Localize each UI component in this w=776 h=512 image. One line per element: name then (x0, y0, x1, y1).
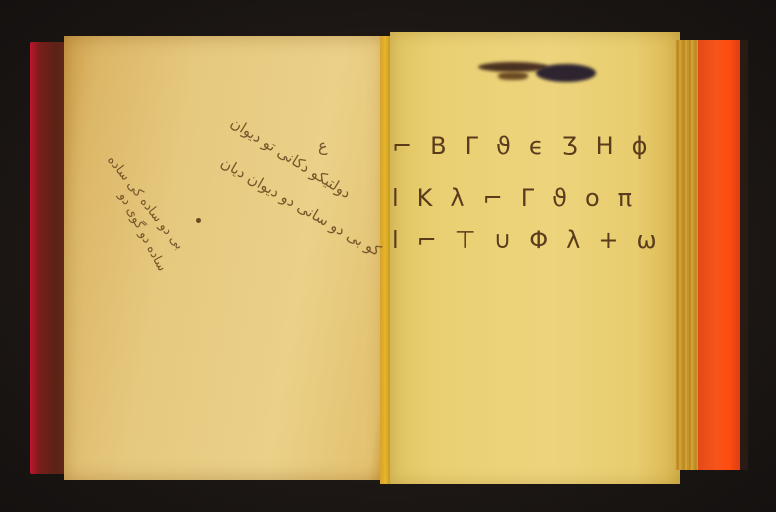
glyph: ∪ (494, 226, 512, 254)
cover-shadow (740, 40, 748, 470)
glyph: λ (566, 226, 580, 254)
glyph: ϑ (552, 184, 567, 212)
glyph: ω (636, 226, 656, 254)
glyph: Γ (465, 132, 478, 160)
right-book-cover-edge (698, 40, 742, 470)
glyph: K (417, 184, 433, 212)
glyph: ϑ (496, 132, 511, 160)
glyph: B (430, 132, 446, 160)
glyph: ا (392, 184, 399, 212)
glyph: π (618, 184, 632, 212)
right-page (390, 32, 680, 484)
marginal-mark: ع (318, 136, 328, 155)
glyph: + (598, 226, 618, 254)
ink-dot (196, 218, 201, 223)
glyph: o (585, 184, 600, 212)
glyph: Γ (521, 184, 534, 212)
glyph: Ʒ (562, 132, 578, 160)
glyph-row-3: ا ⌐ ⊤ ∪ Φ λ + ω (392, 226, 657, 254)
glyph: ا (392, 226, 399, 254)
glyph: ⌐ (417, 226, 437, 254)
glyph-row-2: ا K λ ⌐ Γ ϑ o π (392, 184, 632, 212)
glyph: Φ (529, 226, 548, 254)
glyph: H (596, 132, 614, 160)
glyph: ⌐ (483, 184, 503, 212)
glyph-row-1: ⌐ B Γ ϑ ϵ Ʒ H ϕ (392, 132, 647, 160)
glyph: ϵ (529, 132, 544, 160)
glyph: ϕ (632, 132, 648, 160)
glyph: ⌐ (392, 132, 412, 160)
glyph: λ (450, 184, 464, 212)
left-page (64, 36, 386, 480)
glyph: ⊤ (455, 226, 476, 254)
smudged-heading (478, 58, 598, 86)
